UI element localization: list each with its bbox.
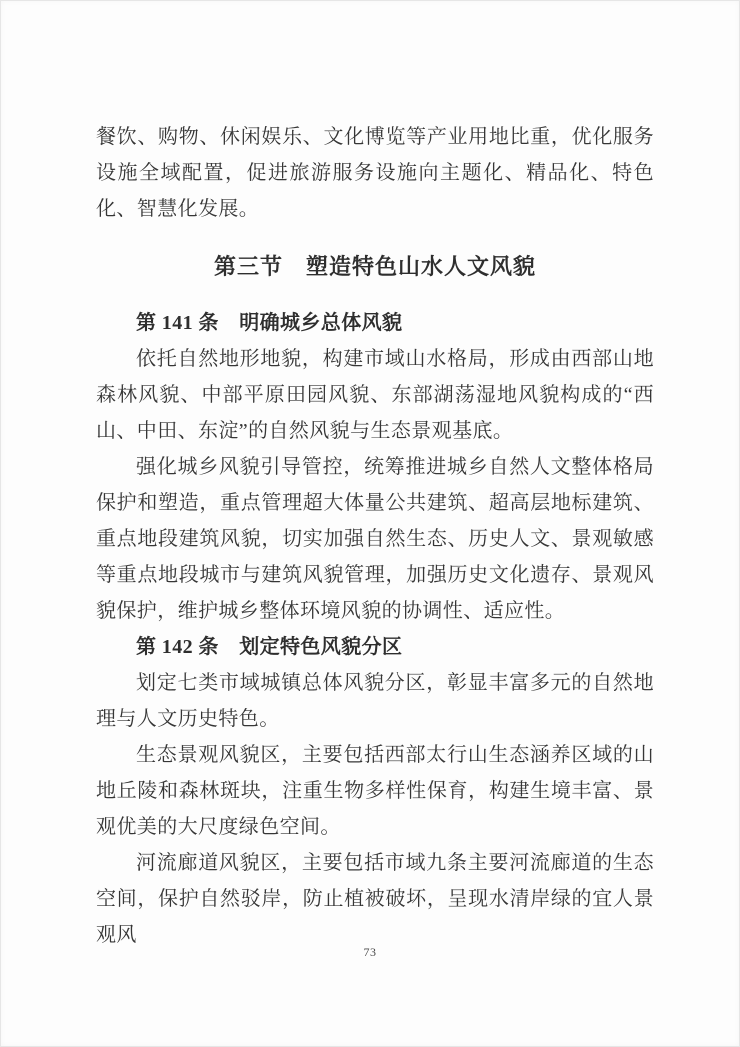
- section-heading: 第三节 塑造特色山水人文风貌: [96, 249, 654, 285]
- document-page: 餐饮、购物、休闲娱乐、文化博览等产业用地比重，优化服务设施全域配置，促进旅游服务…: [0, 0, 740, 1047]
- page-number: 73: [1, 945, 739, 960]
- article-heading-141: 第 141 条 明确城乡总体风貌: [96, 305, 654, 341]
- page-content: 餐饮、购物、休闲娱乐、文化博览等产业用地比重，优化服务设施全域配置，促进旅游服务…: [96, 119, 654, 953]
- article-heading-142: 第 142 条 划定特色风貌分区: [96, 629, 654, 665]
- article-142-paragraph-3: 河流廊道风貌区，主要包括市域九条主要河流廊道的生态空间，保护自然驳岸，防止植被破…: [96, 845, 654, 953]
- continuation-paragraph: 餐饮、购物、休闲娱乐、文化博览等产业用地比重，优化服务设施全域配置，促进旅游服务…: [96, 119, 654, 227]
- article-141-paragraph-1: 依托自然地形地貌，构建市域山水格局，形成由西部山地森林风貌、中部平原田园风貌、东…: [96, 341, 654, 449]
- article-141-paragraph-2: 强化城乡风貌引导管控，统筹推进城乡自然人文整体格局保护和塑造，重点管理超大体量公…: [96, 449, 654, 629]
- article-142-paragraph-1: 划定七类市域城镇总体风貌分区，彰显丰富多元的自然地理与人文历史特色。: [96, 665, 654, 737]
- article-142-paragraph-2: 生态景观风貌区，主要包括西部太行山生态涵养区域的山地丘陵和森林斑块，注重生物多样…: [96, 737, 654, 845]
